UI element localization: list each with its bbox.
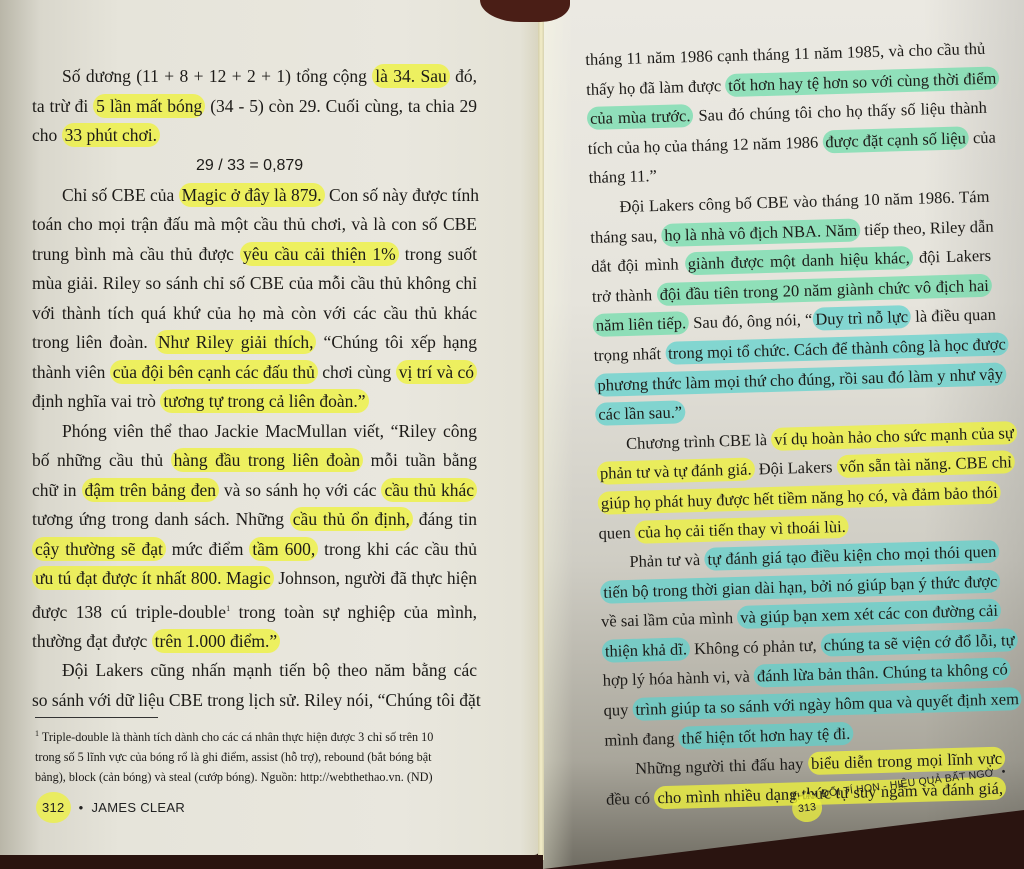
highlight: được đặt cạnh số liệu	[822, 126, 969, 153]
page-number: 312	[36, 792, 71, 823]
highlight: năm liên tiếp.	[593, 312, 690, 338]
text-line: định nghĩa vai trò tương tự trong cả liê…	[32, 387, 477, 417]
footnote-line: bảng), block (cản bóng) và steal (cướp b…	[35, 767, 475, 787]
highlight: 5 lần mất bóng	[93, 94, 205, 118]
paragraph: tháng 11 năm 1986 cạnh tháng 11 năm 1985…	[585, 34, 989, 193]
text-line: ta trừ đi 5 lần mất bóng (34 - 5) còn 29…	[32, 92, 477, 122]
table-surface	[0, 855, 543, 869]
cbe-formula: 29 / 33 = 0,879	[196, 157, 303, 175]
highlight: đậm trên bảng đen	[82, 478, 219, 502]
text-line: so sánh với dữ liệu CBE trong lịch sử. R…	[32, 686, 477, 716]
text-line: Đội Lakers cũng nhấn mạnh tiến bộ theo n…	[32, 656, 477, 686]
highlight: Như Riley giải thích,	[155, 330, 317, 354]
footnote: 1 Triple-double là thành tích dành cho c…	[35, 724, 475, 787]
text-line: Số dương (11 + 8 + 12 + 2 + 1) tổng cộng…	[32, 62, 477, 92]
paragraph: Phản tư và tự đánh giá tạo điều kiện cho…	[599, 537, 1005, 755]
paragraph: Đội Lakers công bố CBE vào tháng 10 năm …	[589, 182, 995, 430]
highlight: Magic ở đây là 879.	[179, 183, 325, 207]
text-line: với thành tích quá khứ của họ mà còn với…	[32, 299, 477, 329]
left-page-folio: 312•JAMES CLEAR	[36, 800, 185, 815]
highlight: ví dụ hoàn hảo cho sức mạnh của sự	[771, 421, 1017, 451]
highlight: họ là nhà vô địch NBA. Năm	[661, 218, 861, 247]
highlight: 33 phút chơi.	[62, 123, 160, 147]
footnote-divider	[35, 717, 158, 718]
highlight: là 34. Sau	[372, 64, 450, 88]
highlight: tốt hơn hay tệ hơn so với cùng thời điểm	[725, 66, 1000, 97]
highlight: cầu thủ khác	[381, 478, 477, 502]
text-line: Phóng viên thể thao Jackie MacMullan viế…	[32, 417, 477, 447]
highlight: trên 1.000 điểm.”	[152, 629, 280, 653]
text-line: Chỉ số CBE của Magic ở đây là 879. Con s…	[32, 181, 477, 211]
highlight: hàng đầu trong liên đoàn	[171, 448, 363, 472]
text-line: mùa giải. Riley so sánh chỉ số CBE của m…	[32, 269, 477, 299]
text-line: trung bình mà cầu thủ được yêu cầu cải t…	[32, 240, 477, 270]
open-book-spread: Số dương (11 + 8 + 12 + 2 + 1) tổng cộng…	[0, 0, 1024, 869]
paragraph: Đội Lakers cũng nhấn mạnh tiến bộ theo n…	[32, 656, 477, 715]
right-page-body: tháng 11 năm 1986 cạnh tháng 11 năm 1985…	[585, 34, 1006, 814]
text-line: cho 33 phút chơi.	[32, 121, 477, 151]
text-line: cậy thường sẽ đạt mức điểm tầm 600, tron…	[32, 535, 477, 565]
highlight: ưu tú đạt được ít nhất 800. Magic	[32, 566, 274, 590]
highlight: tự đánh giá tạo điều kiện cho mọi thói q…	[704, 540, 999, 571]
highlight: phản tư và tự đánh giá.	[597, 458, 755, 485]
highlight: và giúp bạn xem xét các con đường cải	[737, 599, 1001, 629]
text-line: được 138 cú triple-double1 trong toàn sự…	[32, 594, 477, 627]
bullet-separator: •	[79, 800, 84, 815]
highlight: thể hiện tốt hơn hay tệ đi.	[678, 721, 853, 749]
book-gutter	[538, 20, 544, 860]
text-line: tương ứng trong danh sách. Những cầu thủ…	[32, 505, 477, 535]
footnote-line: 1 Triple-double là thành tích dành cho c…	[35, 724, 475, 747]
footnote-line: trong số 5 lĩnh vực của bóng rổ là ghi đ…	[35, 747, 475, 767]
paragraph: Số dương (11 + 8 + 12 + 2 + 1) tổng cộng…	[32, 62, 477, 151]
highlight: vốn sẵn tài năng. CBE chỉ	[836, 450, 1015, 478]
highlight: yêu cầu cải thiện 1%	[240, 242, 399, 266]
text-line: thường đạt được trên 1.000 điểm.”	[32, 627, 477, 657]
paragraph: Chương trình CBE là ví dụ hoàn hảo cho s…	[596, 418, 999, 547]
highlight: cầu thủ ổn định,	[290, 507, 413, 531]
running-head-author: JAMES CLEAR	[91, 800, 185, 815]
highlight: tương tự trong cả liên đoàn.”	[160, 389, 368, 413]
paragraph: Phóng viên thể thao Jackie MacMullan viế…	[32, 417, 477, 657]
bullet-separator: •	[1001, 766, 1006, 778]
highlight: thiện khả dĩ.	[602, 637, 691, 662]
highlight: của đội bên cạnh các đấu thủ	[110, 360, 318, 384]
highlight: chúng ta sẽ viện cớ đổ lỗi, tự	[820, 628, 1017, 656]
text-line: toán cho mọi trận đấu mà một cầu thủ chơ…	[32, 210, 477, 240]
highlight: của mùa trước.	[587, 104, 694, 130]
highlight: giành được một danh hiệu khác,	[684, 246, 913, 275]
highlight: cậy thường sẽ đạt	[32, 537, 166, 561]
highlight: của họ cải tiến thay vì thoái lùi.	[634, 514, 849, 543]
paragraph: Chỉ số CBE của Magic ở đây là 879. Con s…	[32, 181, 477, 417]
highlight: vị trí và có	[396, 360, 477, 384]
text-line: trong liên đoàn. Như Riley giải thích, “…	[32, 328, 477, 358]
highlight: các lần sau.”	[595, 400, 685, 425]
text-line: bố những cầu thủ hàng đầu trong liên đoà…	[32, 446, 477, 476]
highlight: Duy trì nỗ lực	[812, 305, 911, 331]
highlight: đánh lừa bản thân. Chúng ta không có	[754, 658, 1011, 688]
text-line: ưu tú đạt được ít nhất 800. Magic Johnso…	[32, 564, 477, 594]
text-line: thành viên của đội bên cạnh các đấu thủ …	[32, 358, 477, 388]
highlight: tầm 600,	[249, 537, 318, 561]
text-line: chữ in đậm trên bảng đen và so sánh họ v…	[32, 476, 477, 506]
